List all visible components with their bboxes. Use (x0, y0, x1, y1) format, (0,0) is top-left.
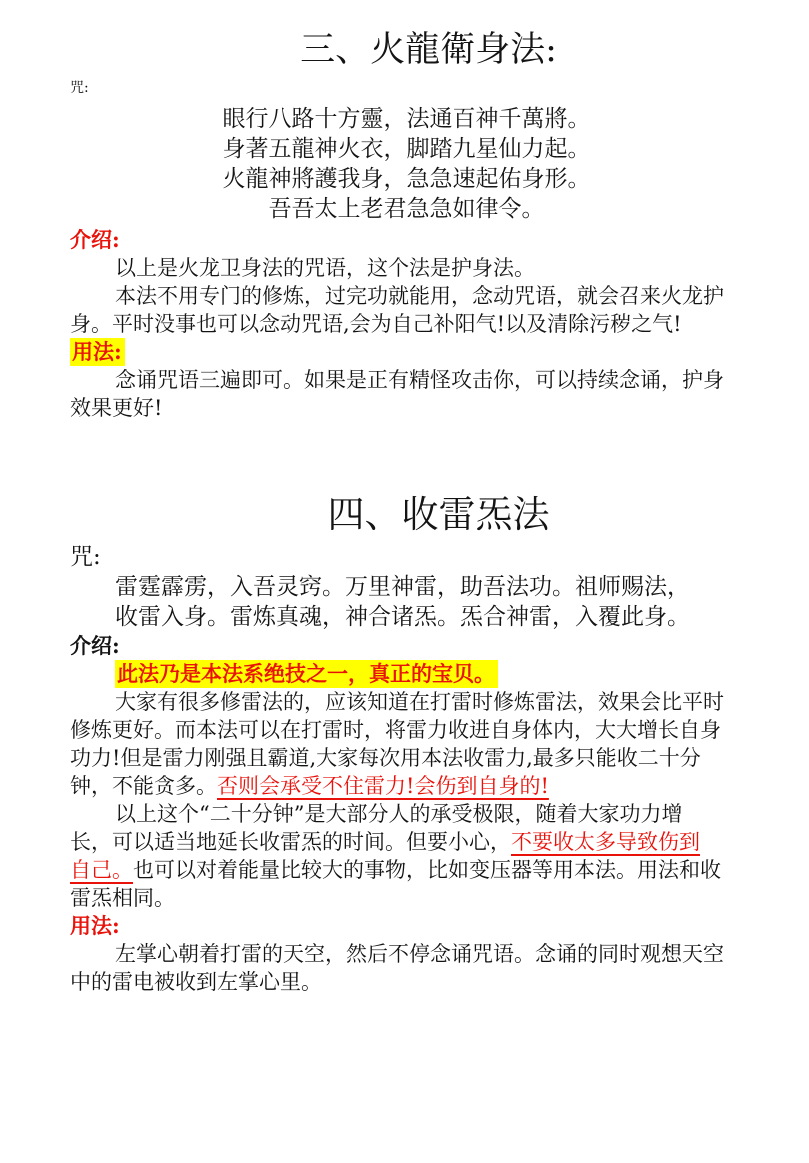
section-thunder: 四、收雷炁法 咒: 雷霆霹雳，入吾灵窍。万里神雷，助吾法功。祖师赐法， 收雷入身… (70, 494, 759, 996)
usage-label-highlighted: 用法: (70, 338, 125, 366)
document-page: 三、火龍衛身法: 咒: 眼行八路十方靈，法通百神千萬將。 身著五龍神火衣，脚踏九… (0, 0, 809, 1163)
body-line: 以上是火龙卫身法的咒语，这个法是护身法。 (70, 254, 759, 282)
highlight-text: 此法乃是本法系绝技之一，真正的宝贝。 (115, 660, 498, 688)
fire-dragon-spell-verse: 眼行八路十方靈，法通百神千萬將。 身著五龍神火衣，脚踏九星仙力起。 火龍神將護我… (70, 104, 759, 224)
verse-line: 眼行八路十方靈，法通百神千萬將。 (70, 104, 743, 134)
section-fire-dragon: 三、火龍衛身法: 咒: 眼行八路十方靈，法通百神千萬將。 身著五龍神火衣，脚踏九… (70, 30, 759, 422)
warning-text: 不要收太多导致伤到 (511, 830, 700, 854)
body-line: 本法不用专门的修炼，过完功就能用，念动咒语，就会召来火龙护 (70, 282, 759, 310)
highlight-row: 此法乃是本法系绝技之一，真正的宝贝。 (70, 660, 759, 688)
body-line: 大家有很多修雷法的，应该知道在打雷时修炼雷法，效果会比平时 (70, 688, 759, 716)
spell-label: 咒: (70, 542, 759, 572)
body-line: 效果更好! (70, 394, 759, 422)
verse-line: 火龍神將護我身，急急速起佑身形。 (70, 164, 743, 194)
section-fire-dragon-title: 三、火龍衛身法: (70, 30, 759, 70)
body-text: 也可以对着能量比较大的事物，比如变压器等用本法。用法和收 (133, 858, 721, 882)
intro-label: 介绍: (70, 632, 759, 660)
body-line: 功力!但是雷力刚强且霸道,大家每次用本法收雷力,最多只能收二十分 (70, 744, 759, 772)
body-line: 念诵咒语三遍即可。如果是正有精怪攻击你，可以持续念诵，护身 (70, 366, 759, 394)
body-text: 钟，不能贪多。 (70, 774, 217, 798)
body-line: 左掌心朝着打雷的天空，然后不停念诵咒语。念诵的同时观想天空 (70, 940, 759, 968)
verse-line: 吾吾太上老君急急如律令。 (70, 194, 743, 224)
body-line: 自己。也可以对着能量比较大的事物，比如变压器等用本法。用法和收 (70, 856, 759, 884)
verse-line: 收雷入身。雷炼真魂，神合诸炁。炁合神雷，入覆此身。 (70, 602, 759, 632)
spell-label-small: 咒: (70, 80, 759, 96)
usage-label: 用法: (70, 913, 120, 938)
warning-text: 自己。 (70, 858, 133, 882)
body-text: 长，可以适当地延长收雷炁的时间。但要小心， (70, 830, 511, 854)
body-line: 中的雷电被收到左掌心里。 (70, 968, 759, 996)
usage-label-row: 用法: (70, 912, 759, 940)
warning-text: 否则会承受不住雷力!会伤到自身的! (217, 774, 549, 798)
usage-label-row: 用法: (70, 338, 759, 366)
section-thunder-title: 四、收雷炁法 (70, 494, 759, 536)
intro-label: 介绍: (70, 226, 759, 254)
verse-line: 雷霆霹雳，入吾灵窍。万里神雷，助吾法功。祖师赐法， (70, 572, 759, 602)
body-line: 身。平时没事也可以念动咒语,会为自己补阳气!以及清除污秽之气! (70, 310, 759, 338)
body-line: 钟，不能贪多。否则会承受不住雷力!会伤到自身的! (70, 772, 759, 800)
verse-line: 身著五龍神火衣，脚踏九星仙力起。 (70, 134, 743, 164)
body-line: 修炼更好。而本法可以在打雷时，将雷力收进自身体内，大大增长自身 (70, 716, 759, 744)
body-line: 以上这个“二十分钟”是大部分人的承受极限，随着大家功力增 (70, 800, 759, 828)
body-line: 雷炁相同。 (70, 884, 759, 912)
body-line: 长，可以适当地延长收雷炁的时间。但要小心，不要收太多导致伤到 (70, 828, 759, 856)
